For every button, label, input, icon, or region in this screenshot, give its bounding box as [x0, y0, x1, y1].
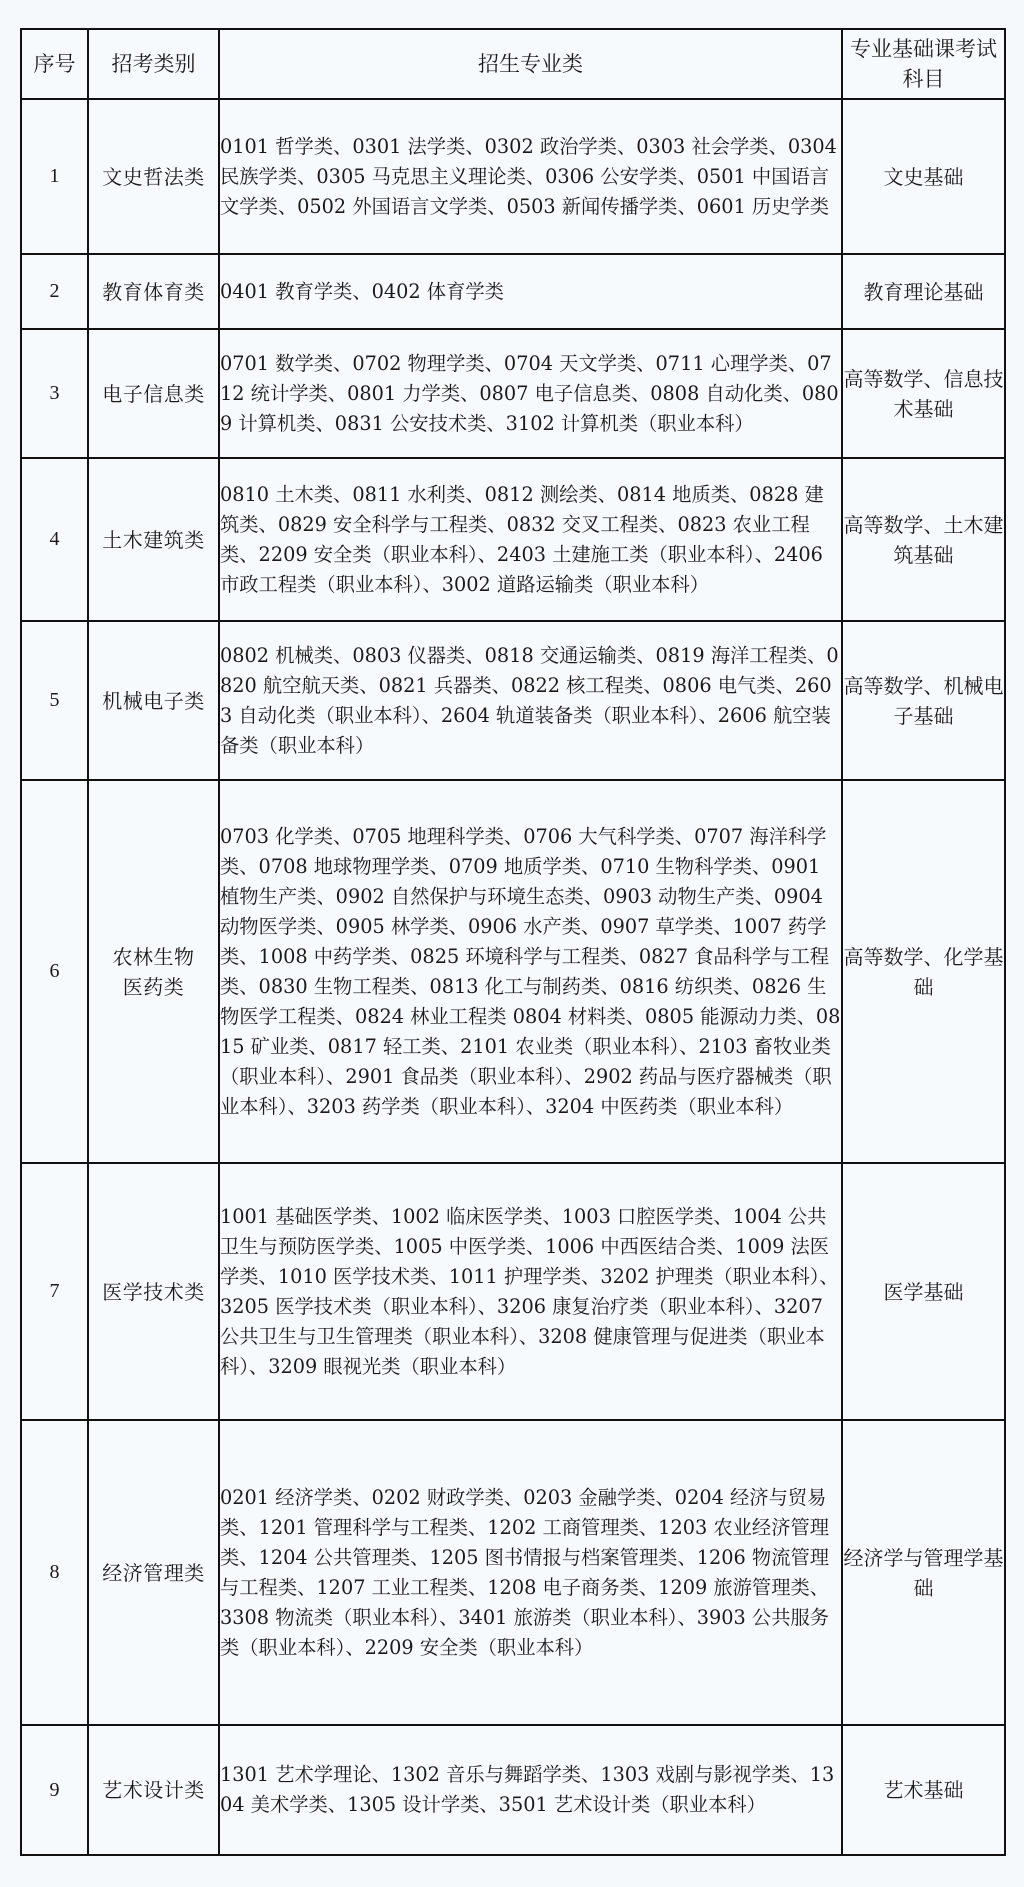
row-category: 土木建筑类 — [88, 458, 219, 621]
table-row: 6 农林生物医药类 0703 化学类、0705 地理科学类、0706 大气科学类… — [21, 780, 1005, 1163]
table-row: 2 教育体育类 0401 教育学类、0402 体育学类 教育理论基础 — [21, 254, 1005, 329]
table-row: 7 医学技术类 1001 基础医学类、1002 临床医学类、1003 口腔医学类… — [21, 1163, 1005, 1420]
row-subject: 艺术基础 — [842, 1725, 1005, 1855]
row-no: 1 — [21, 99, 88, 254]
row-category: 电子信息类 — [88, 329, 219, 458]
table-row: 8 经济管理类 0201 经济学类、0202 财政学类、0203 金融学类、02… — [21, 1420, 1005, 1725]
row-subject: 高等数学、机械电子基础 — [842, 621, 1005, 780]
row-subject: 经济学与管理学基础 — [842, 1420, 1005, 1725]
table-row: 9 艺术设计类 1301 艺术学理论、1302 音乐与舞蹈学类、1303 戏剧与… — [21, 1725, 1005, 1855]
row-majors: 0802 机械类、0803 仪器类、0818 交通运输类、0819 海洋工程类、… — [219, 621, 842, 780]
table-row: 1 文史哲法类 0101 哲学类、0301 法学类、0302 政治学类、0303… — [21, 99, 1005, 254]
row-no: 2 — [21, 254, 88, 329]
row-subject: 医学基础 — [842, 1163, 1005, 1420]
row-subject: 高等数学、土木建筑基础 — [842, 458, 1005, 621]
header-majors: 招生专业类 — [219, 29, 842, 99]
row-majors: 0701 数学类、0702 物理学类、0704 天文学类、0711 心理学类、0… — [219, 329, 842, 458]
row-no: 8 — [21, 1420, 88, 1725]
header-no: 序号 — [21, 29, 88, 99]
row-subject: 高等数学、化学基础 — [842, 780, 1005, 1163]
row-category: 经济管理类 — [88, 1420, 219, 1725]
table-row: 4 土木建筑类 0810 土木类、0811 水利类、0812 测绘类、0814 … — [21, 458, 1005, 621]
exam-category-table: 序号 招考类别 招生专业类 专业基础课考试科目 1 文史哲法类 0101 哲学类… — [20, 28, 1006, 1856]
row-no: 9 — [21, 1725, 88, 1855]
row-majors: 0810 土木类、0811 水利类、0812 测绘类、0814 地质类、0828… — [219, 458, 842, 621]
row-category: 文史哲法类 — [88, 99, 219, 254]
row-no: 4 — [21, 458, 88, 621]
table-row: 5 机械电子类 0802 机械类、0803 仪器类、0818 交通运输类、081… — [21, 621, 1005, 780]
table-row: 3 电子信息类 0701 数学类、0702 物理学类、0704 天文学类、071… — [21, 329, 1005, 458]
row-category: 农林生物医药类 — [88, 780, 219, 1163]
row-subject: 高等数学、信息技术基础 — [842, 329, 1005, 458]
row-majors: 0101 哲学类、0301 法学类、0302 政治学类、0303 社会学类、03… — [219, 99, 842, 254]
header-subject: 专业基础课考试科目 — [842, 29, 1005, 99]
row-majors: 0401 教育学类、0402 体育学类 — [219, 254, 842, 329]
row-majors: 0201 经济学类、0202 财政学类、0203 金融学类、0204 经济与贸易… — [219, 1420, 842, 1725]
row-category: 机械电子类 — [88, 621, 219, 780]
row-subject: 文史基础 — [842, 99, 1005, 254]
row-no: 6 — [21, 780, 88, 1163]
table-header-row: 序号 招考类别 招生专业类 专业基础课考试科目 — [21, 29, 1005, 99]
row-category: 医学技术类 — [88, 1163, 219, 1420]
row-category: 教育体育类 — [88, 254, 219, 329]
row-subject: 教育理论基础 — [842, 254, 1005, 329]
row-no: 7 — [21, 1163, 88, 1420]
row-majors: 0703 化学类、0705 地理科学类、0706 大气科学类、0707 海洋科学… — [219, 780, 842, 1163]
row-no: 5 — [21, 621, 88, 780]
row-category: 艺术设计类 — [88, 1725, 219, 1855]
row-majors: 1001 基础医学类、1002 临床医学类、1003 口腔医学类、1004 公共… — [219, 1163, 842, 1420]
header-category: 招考类别 — [88, 29, 219, 99]
row-majors: 1301 艺术学理论、1302 音乐与舞蹈学类、1303 戏剧与影视学类、130… — [219, 1725, 842, 1855]
row-no: 3 — [21, 329, 88, 458]
